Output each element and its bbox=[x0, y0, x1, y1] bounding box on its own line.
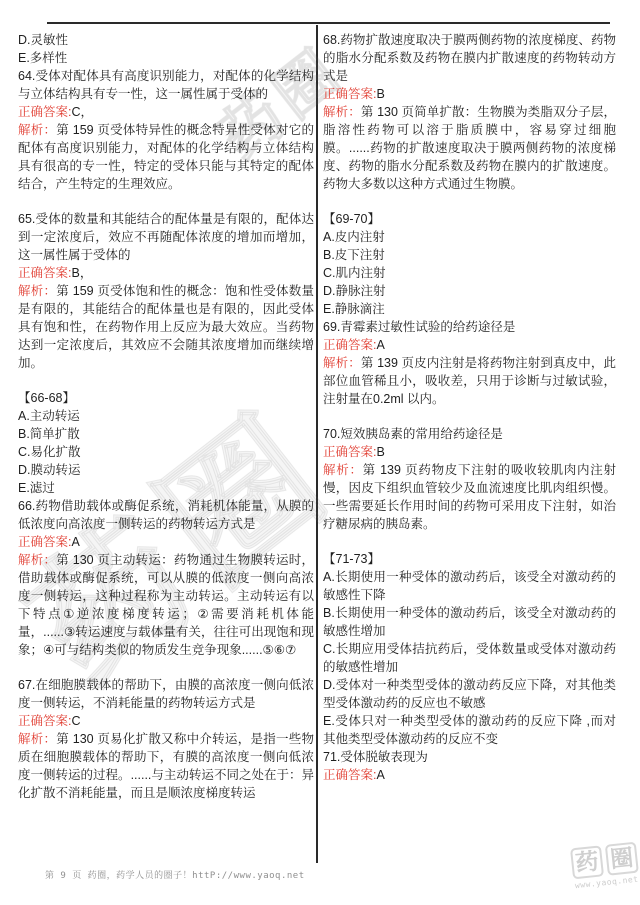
analysis-label: 解析： bbox=[323, 105, 361, 119]
option-line: A.长期使用一种受体的激动药后，该受全对激动药的敏感性下降 bbox=[323, 568, 616, 604]
option-line: E.受体只对一种类型受体的激动药的反应下降 ,而对其他类型受体激动药的反应不变 bbox=[323, 712, 616, 748]
paragraph-gap bbox=[323, 533, 616, 550]
option-line: C.易化扩散 bbox=[18, 443, 314, 461]
analysis-label: 解析： bbox=[323, 356, 361, 370]
option-line: D.膜动转运 bbox=[18, 461, 314, 479]
text-run: A bbox=[71, 535, 79, 549]
answer-line: 正确答案:A bbox=[323, 766, 616, 784]
analysis-text: 解析：第 139 页皮内注射是将药物注射到真皮中，此部位血管稀且小，吸收差，只用… bbox=[323, 354, 616, 408]
watermark-logo-icon: 药圈 bbox=[568, 841, 640, 879]
answer-line: 正确答案:C， bbox=[18, 103, 314, 121]
text-run: C bbox=[71, 714, 80, 728]
text-run: E.滤过 bbox=[18, 481, 55, 495]
option-line: B.皮下注射 bbox=[323, 246, 616, 264]
paragraph-gap bbox=[18, 193, 314, 210]
answer-label: 正确答案: bbox=[323, 338, 376, 352]
text-run: A.主动转运 bbox=[18, 409, 80, 423]
answer-line: 正确答案:A bbox=[323, 336, 616, 354]
text-run: B bbox=[376, 445, 384, 459]
text-run: A bbox=[376, 768, 384, 782]
question-text: 70.短效胰岛素的常用给药途径是 bbox=[323, 425, 616, 443]
analysis-label: 解析： bbox=[18, 284, 56, 298]
text-run: A bbox=[376, 338, 384, 352]
text-run: 第 130 页主动转运：药物通过生物膜转运时，借助载体或酶促系统，可以从膜的低浓… bbox=[18, 553, 314, 657]
logo-char-2: 圈 bbox=[605, 842, 639, 876]
text-run: B， bbox=[71, 266, 92, 280]
text-run: C.长期应用受体拮抗药后，受体数量或受体对激动药的敏感性增加 bbox=[323, 642, 616, 674]
text-run: B bbox=[376, 87, 384, 101]
question-text: 66.药物借助载体或酶促系统，消耗机体能量，从膜的低浓度向高浓度一侧转运的药物转… bbox=[18, 497, 314, 533]
text-run: 第 139 页皮内注射是将药物注射到真皮中，此部位血管稀且小，吸收差，只用于诊断… bbox=[323, 356, 616, 406]
option-line: D.静脉注射 bbox=[323, 282, 616, 300]
text-run: C.肌内注射 bbox=[323, 266, 386, 280]
analysis-text: 解析：第 130 页易化扩散又称中介转运，是指一些物质在细胞膜载体的帮助下，有膜… bbox=[18, 730, 314, 802]
text-run: 第 130 页易化扩散又称中介转运，是指一些物质在细胞膜载体的帮助下，有膜的高浓… bbox=[18, 732, 314, 800]
logo-char-1: 药 bbox=[570, 845, 604, 879]
analysis-text: 解析：第 139 页药物皮下注射的吸收较肌肉内注射慢，因皮下组织血管较少及血流速… bbox=[323, 461, 616, 533]
text-run: E.受体只对一种类型受体的激动药的反应下降 ,而对其他类型受体激动药的反应不变 bbox=[323, 714, 616, 746]
analysis-label: 解析： bbox=[18, 732, 56, 746]
answer-label: 正确答案: bbox=[18, 714, 71, 728]
column-divider bbox=[316, 25, 318, 863]
right-column: 68.药物扩散速度取决于膜两侧药物的浓度梯度、药物的脂水分配系数及药物在膜内扩散… bbox=[323, 31, 616, 784]
option-line: B.长期使用一种受体的激动药后，该受全对激动药的敏感性增加 bbox=[323, 604, 616, 640]
top-rule bbox=[47, 22, 610, 24]
text-run: 69.青霉素过敏性试验的给药途径是 bbox=[323, 320, 515, 334]
option-line: E.多样性 bbox=[18, 49, 314, 67]
question-text: 68.药物扩散速度取决于膜两侧药物的浓度梯度、药物的脂水分配系数及药物在膜内扩散… bbox=[323, 31, 616, 85]
answer-label: 正确答案: bbox=[18, 535, 71, 549]
text-run: C， bbox=[71, 105, 93, 119]
analysis-text: 解析：第 159 页受体饱和性的概念：饱和性受体数量是有限的，其能结合的配体量也… bbox=[18, 282, 314, 372]
answer-label: 正确答案: bbox=[18, 105, 71, 119]
text-run: B.长期使用一种受体的激动药后，该受全对激动药的敏感性增加 bbox=[323, 606, 616, 638]
text-run: C.易化扩散 bbox=[18, 445, 81, 459]
answer-line: 正确答案:B， bbox=[18, 264, 314, 282]
analysis-text: 解析：第 159 页受体特异性的概念特异性受体对它的配体有高度识别能力，对配体的… bbox=[18, 121, 314, 193]
text-run: 70.短效胰岛素的常用给药途径是 bbox=[323, 427, 503, 441]
answer-line: 正确答案:B bbox=[323, 85, 616, 103]
site-watermark: 药圈 www.yaoq.net bbox=[568, 841, 640, 890]
analysis-label: 解析： bbox=[18, 553, 56, 567]
page-footer: 第 9 页 药圈，药学人员的圈子！httP://www.yaoq.net bbox=[45, 868, 305, 881]
answer-label: 正确答案: bbox=[18, 266, 71, 280]
answer-line: 正确答案:A bbox=[18, 533, 314, 551]
analysis-label: 解析： bbox=[323, 463, 363, 477]
text-run: D.灵敏性 bbox=[18, 33, 68, 47]
text-run: E.多样性 bbox=[18, 51, 67, 65]
option-line: E.静脉滴注 bbox=[323, 300, 616, 318]
text-run: D.膜动转运 bbox=[18, 463, 81, 477]
text-run: B.简单扩散 bbox=[18, 427, 80, 441]
text-run: 71.受体脱敏表现为 bbox=[323, 750, 428, 764]
text-run: 【66-68】 bbox=[18, 391, 75, 405]
option-line: D.受体对一种类型受体的激动药反应下降，对其他类型受体激动药的反应也不敏感 bbox=[323, 676, 616, 712]
answer-label: 正确答案: bbox=[323, 768, 376, 782]
option-line: C.肌内注射 bbox=[323, 264, 616, 282]
answer-label: 正确答案: bbox=[323, 87, 376, 101]
question-text: 64.受体对配体具有高度识别能力，对配体的化学结构与立体结构具有专一性，这一属性… bbox=[18, 67, 314, 103]
question-group-header: 【71-73】 bbox=[323, 550, 616, 568]
text-run: 第 139 页药物皮下注射的吸收较肌肉内注射慢，因皮下组织血管较少及血流速度比肌… bbox=[323, 463, 616, 531]
option-line: D.灵敏性 bbox=[18, 31, 314, 49]
question-group-header: 【66-68】 bbox=[18, 389, 314, 407]
option-line: C.长期应用受体拮抗药后，受体数量或受体对激动药的敏感性增加 bbox=[323, 640, 616, 676]
text-run: 66.药物借助载体或酶促系统，消耗机体能量，从膜的低浓度向高浓度一侧转运的药物转… bbox=[18, 499, 314, 531]
option-line: A.皮内注射 bbox=[323, 228, 616, 246]
text-run: 第 159 页受体饱和性的概念：饱和性受体数量是有限的，其能结合的配体量也是有限… bbox=[18, 284, 314, 370]
analysis-text: 解析：第 130 页主动转运：药物通过生物膜转运时，借助载体或酶促系统，可以从膜… bbox=[18, 551, 314, 659]
paragraph-gap bbox=[323, 408, 616, 425]
text-run: 【71-73】 bbox=[323, 552, 380, 566]
analysis-label: 解析： bbox=[18, 123, 56, 137]
question-group-header: 【69-70】 bbox=[323, 210, 616, 228]
answer-line: 正确答案:C bbox=[18, 712, 314, 730]
left-column: D.灵敏性E.多样性64.受体对配体具有高度识别能力，对配体的化学结构与立体结构… bbox=[18, 31, 314, 802]
text-run: A.皮内注射 bbox=[323, 230, 385, 244]
paragraph-gap bbox=[18, 659, 314, 676]
paragraph-gap bbox=[323, 193, 616, 210]
text-run: B.皮下注射 bbox=[323, 248, 385, 262]
paragraph-gap bbox=[18, 372, 314, 389]
text-run: E.静脉滴注 bbox=[323, 302, 385, 316]
question-text: 69.青霉素过敏性试验的给药途径是 bbox=[323, 318, 616, 336]
question-text: 67.在细胞膜载体的帮助下，由膜的高浓度一侧向低浓度一侧转运，不消耗能量的药物转… bbox=[18, 676, 314, 712]
option-line: E.滤过 bbox=[18, 479, 314, 497]
text-run: 64.受体对配体具有高度识别能力，对配体的化学结构与立体结构具有专一性，这一属性… bbox=[18, 69, 314, 101]
option-line: A.主动转运 bbox=[18, 407, 314, 425]
text-run: D.静脉注射 bbox=[323, 284, 386, 298]
text-run: 68.药物扩散速度取决于膜两侧药物的浓度梯度、药物的脂水分配系数及药物在膜内扩散… bbox=[323, 33, 616, 83]
answer-line: 正确答案:B bbox=[323, 443, 616, 461]
question-text: 71.受体脱敏表现为 bbox=[323, 748, 616, 766]
answer-label: 正确答案: bbox=[323, 445, 376, 459]
text-run: 【69-70】 bbox=[323, 212, 380, 226]
text-run: A.长期使用一种受体的激动药后，该受全对激动药的敏感性下降 bbox=[323, 570, 616, 602]
question-text: 65.受体的数量和其能结合的配体量是有限的，配体达到一定浓度后，效应不再随配体浓… bbox=[18, 210, 314, 264]
text-run: 第 159 页受体特异性的概念特异性受体对它的配体有高度识别能力，对配体的化学结… bbox=[18, 123, 314, 191]
text-run: 65.受体的数量和其能结合的配体量是有限的，配体达到一定浓度后，效应不再随配体浓… bbox=[18, 212, 314, 262]
text-run: 67.在细胞膜载体的帮助下，由膜的高浓度一侧向低浓度一侧转运，不消耗能量的药物转… bbox=[18, 678, 314, 710]
analysis-text: 解析：第 130 页简单扩散：生物膜为类脂双分子层，脂溶性药物可以溶于脂质膜中，… bbox=[323, 103, 616, 193]
text-run: D.受体对一种类型受体的激动药反应下降，对其他类型受体激动药的反应也不敏感 bbox=[323, 678, 616, 710]
document-page: 药圈 药圈 D.灵敏性E.多样性64.受体对配体具有高度识别能力，对配体的化学结… bbox=[0, 0, 640, 905]
option-line: B.简单扩散 bbox=[18, 425, 314, 443]
text-run: 第 130 页简单扩散：生物膜为类脂双分子层，脂溶性药物可以溶于脂质膜中，容易穿… bbox=[323, 105, 616, 191]
